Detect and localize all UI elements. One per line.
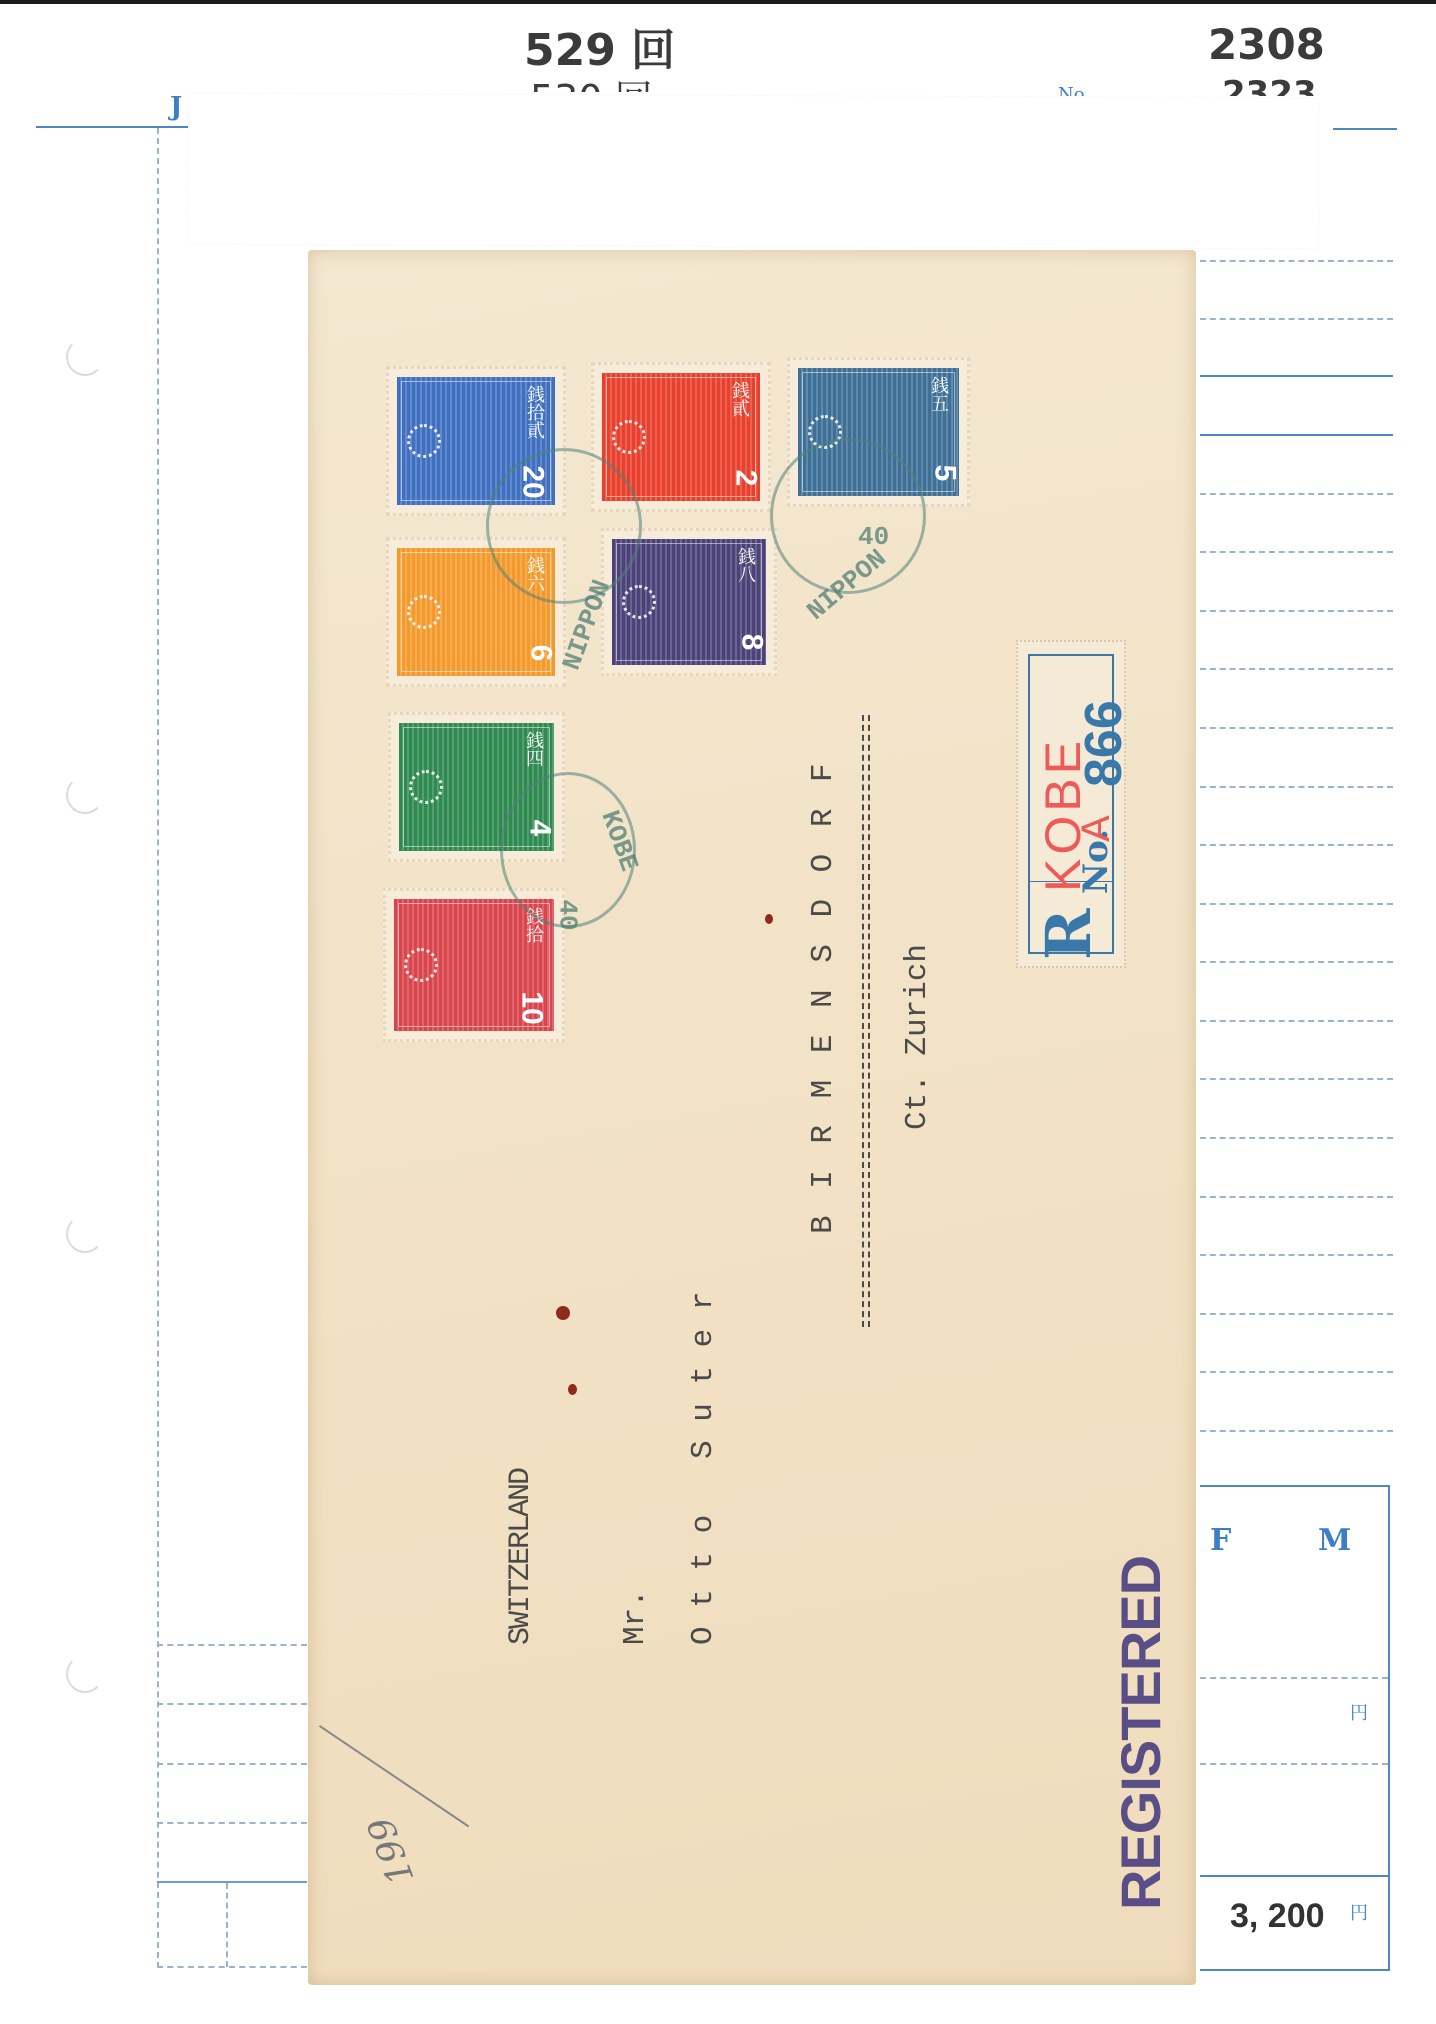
left-rule	[157, 1644, 307, 1646]
page-rule-top-right	[1333, 128, 1397, 130]
stamp-kanji: 銭貳	[726, 381, 752, 417]
chrysanthemum-crest-icon	[622, 585, 656, 619]
right-rule	[1200, 318, 1393, 320]
right-rule	[1200, 1196, 1393, 1198]
registration-series: A	[1074, 815, 1119, 842]
binder-hole	[66, 1215, 104, 1253]
right-rule	[1200, 434, 1393, 436]
registration-letter: R	[1032, 908, 1105, 960]
right-rule	[1200, 668, 1393, 670]
price-col-m: M	[1318, 1523, 1351, 1558]
right-rule	[1200, 903, 1393, 905]
address-underline	[862, 715, 870, 1327]
stain-spot	[568, 1384, 577, 1395]
price-rule-solid	[1200, 1875, 1388, 1877]
registered-handstamp: REGISTERED	[1108, 1556, 1173, 1910]
price-rule	[1200, 1763, 1388, 1765]
catalog-number-hidden: 2323	[1222, 74, 1317, 96]
address-salutation: Mr.	[618, 1589, 653, 1645]
catalog-number-handwritten: 2308	[1208, 20, 1325, 69]
page-margin-line	[157, 128, 159, 1968]
stamp-denomination: 6	[524, 645, 555, 662]
left-rule	[157, 1763, 307, 1765]
right-rule	[1200, 610, 1393, 612]
postmark	[486, 448, 642, 604]
address-name: O t t o S u t e r	[686, 1292, 721, 1645]
binder-hole	[66, 1655, 104, 1693]
stamp-kanji: 銭四	[520, 731, 546, 767]
right-rule	[1200, 551, 1393, 553]
registration-number: 866	[1074, 700, 1134, 787]
right-rule	[1200, 1313, 1393, 1315]
stamp-kanji: 銭五	[925, 376, 951, 412]
chrysanthemum-crest-icon	[407, 424, 441, 458]
registration-label: R KOBE No. A 866	[1016, 640, 1126, 968]
right-rule	[1200, 1430, 1393, 1432]
address-canton: Ct. Zurich	[900, 944, 935, 1130]
left-rule-solid	[157, 1881, 307, 1883]
right-rule	[1200, 961, 1393, 963]
price-rule	[1200, 1677, 1388, 1679]
yen-mark: 円	[1350, 1899, 1368, 1925]
left-rule	[157, 1822, 307, 1824]
address-country: SWITZERLAND	[504, 1469, 538, 1645]
stamp-design: 銭拾10	[394, 899, 554, 1031]
stamp-kanji: 銭拾貳	[521, 385, 547, 439]
stain-spot	[765, 914, 773, 924]
right-rule	[1200, 1020, 1393, 1022]
page-rule-top-left	[36, 126, 188, 128]
left-rule	[157, 1966, 307, 1968]
stamp-denomination: 8	[735, 634, 766, 651]
right-rule	[1200, 1254, 1393, 1256]
stamp-denomination: 5	[928, 465, 959, 482]
yen-mark: 円	[1350, 1699, 1368, 1725]
price-col-f: F	[1210, 1523, 1231, 1558]
left-rule-vertical	[226, 1883, 228, 1967]
postmark-date: 40	[553, 899, 583, 930]
stain-spot	[556, 1306, 570, 1320]
right-rule	[1200, 493, 1393, 495]
chrysanthemum-crest-icon	[404, 948, 438, 982]
lot-number-hidden: 530 回	[530, 68, 653, 92]
address-town: B I R M E N S D O R F	[806, 759, 841, 1234]
right-rule	[1200, 260, 1393, 262]
stamp-kanji: 銭八	[732, 547, 758, 583]
sheet-label-partial: J	[170, 92, 182, 122]
sheet-no-label: No	[1058, 84, 1085, 96]
right-rule	[1200, 1371, 1393, 1373]
mount-slip	[188, 94, 1319, 249]
right-rule	[1200, 786, 1393, 788]
binder-hole	[66, 776, 104, 814]
right-rule	[1200, 375, 1393, 377]
chrysanthemum-crest-icon	[407, 595, 441, 629]
stamp-denomination: 2	[729, 470, 760, 487]
right-rule	[1200, 1078, 1393, 1080]
chrysanthemum-crest-icon	[409, 770, 443, 804]
right-rule	[1200, 727, 1393, 729]
right-rule	[1200, 1137, 1393, 1139]
right-rule	[1200, 844, 1393, 846]
price-box: F M 円 3, 200 円	[1200, 1485, 1390, 1971]
stamp-denomination: 10	[514, 991, 548, 1024]
binder-hole	[66, 338, 104, 376]
left-rule	[157, 1703, 307, 1705]
scan-top-edge	[0, 0, 1436, 4]
chrysanthemum-crest-icon	[612, 420, 646, 454]
price-value: 3, 200	[1230, 1897, 1325, 1936]
